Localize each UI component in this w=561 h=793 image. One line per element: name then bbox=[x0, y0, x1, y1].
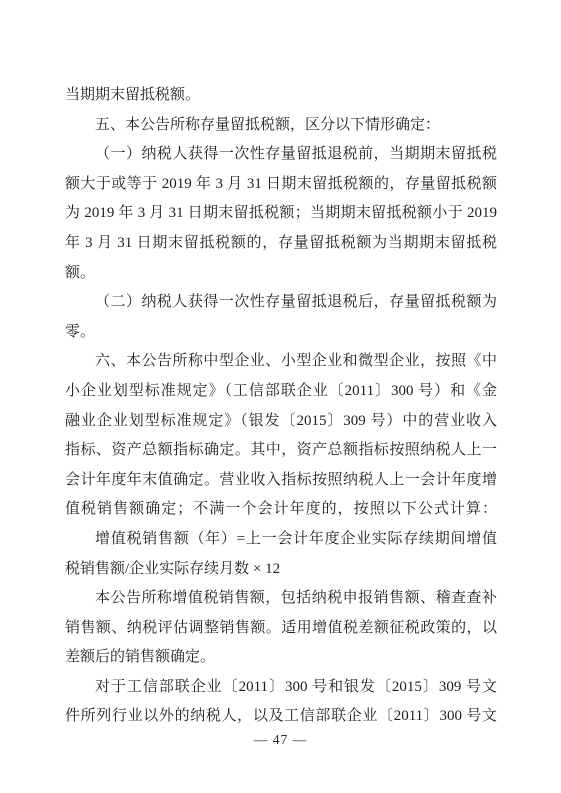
page-number: — 47 — bbox=[0, 730, 561, 750]
text-line: 对于工信部联企业〔2011〕300 号和银发〔2015〕309 号文 bbox=[65, 673, 497, 703]
text-line: 销售额、纳税评估调整销售额。适用增值税差额征税政策的，以 bbox=[65, 614, 497, 644]
text-line: 件所列行业以外的纳税人，以及工信部联企业〔2011〕300 号文 bbox=[65, 702, 497, 732]
text-line: 会计年度年末值确定。营业收入指标按照纳税人上一会计年度增 bbox=[65, 466, 497, 496]
text-line: 差额后的销售额确定。 bbox=[65, 643, 497, 673]
text-line: 六、本公告所称中型企业、小型企业和微型企业，按照《中 bbox=[65, 347, 497, 377]
text-line: 值税销售额确定；不满一个会计年度的，按照以下公式计算： bbox=[65, 495, 497, 525]
text-line: 指标、资产总额指标确定。其中，资产总额指标按照纳税人上一 bbox=[65, 436, 497, 466]
text-line: 融业企业划型标准规定》（银发〔2015〕309 号）中的营业收入 bbox=[65, 407, 497, 437]
text-line: 税销售额/企业实际存续月数 × 12 bbox=[65, 555, 497, 585]
text-line: 零。 bbox=[65, 318, 497, 348]
scanned-document-page: 当期期末留抵税额。五、本公告所称存量留抵税额，区分以下情形确定：（一）纳税人获得… bbox=[0, 0, 561, 793]
text-line: （一）纳税人获得一次性存量留抵退税前，当期期末留抵税 bbox=[65, 140, 497, 170]
text-line: （二）纳税人获得一次性存量留抵退税后，存量留抵税额为 bbox=[65, 288, 497, 318]
text-line: 五、本公告所称存量留抵税额，区分以下情形确定： bbox=[65, 111, 497, 141]
text-line: 本公告所称增值税销售额，包括纳税申报销售额、稽查查补 bbox=[65, 584, 497, 614]
text-line: 额。 bbox=[65, 259, 497, 289]
text-line: 增值税销售额（年）=上一会计年度企业实际存续期间增值 bbox=[65, 525, 497, 555]
text-line: 额大于或等于 2019 年 3 月 31 日期末留抵税额的，存量留抵税额 bbox=[65, 170, 497, 200]
text-line: 小企业划型标准规定》（工信部联企业〔2011〕300 号）和《金 bbox=[65, 377, 497, 407]
text-line: 当期期末留抵税额。 bbox=[65, 81, 497, 111]
document-body: 当期期末留抵税额。五、本公告所称存量留抵税额，区分以下情形确定：（一）纳税人获得… bbox=[65, 81, 497, 732]
text-line: 年 3 月 31 日期末留抵税额的，存量留抵税额为当期期末留抵税 bbox=[65, 229, 497, 259]
text-line: 为 2019 年 3 月 31 日期末留抵税额；当期期末留抵税额小于 2019 bbox=[65, 199, 497, 229]
